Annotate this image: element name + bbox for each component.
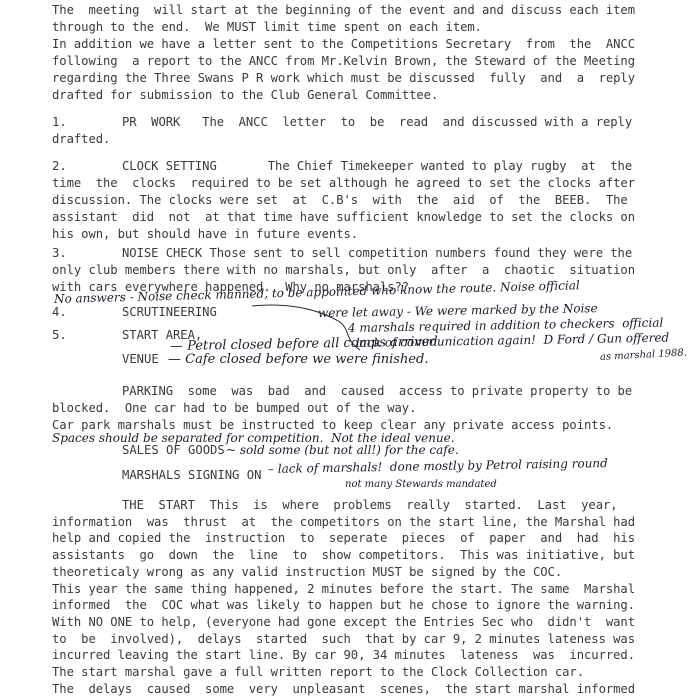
parking-line: PARKING some was bad and caused access t… — [122, 383, 614, 399]
the-start-line: With NO ONE to help, (everyone had gone … — [52, 614, 614, 630]
venue-label: VENUE — [122, 351, 159, 367]
item-number: 2. — [52, 158, 67, 174]
item-line: drafted. — [52, 131, 614, 147]
the-start-line: The start marshal gave a full written re… — [52, 664, 614, 680]
handwritten-note-text: sold some (but not all!) for the cafe. — [240, 443, 459, 457]
intro-line: following a report to the ANCC from Mr.K… — [52, 53, 614, 69]
the-start-line: assistants go down the line to show comp… — [52, 547, 614, 563]
intro-line: The meeting will start at the beginning … — [52, 2, 614, 18]
the-start-line: information was thrust at the competitor… — [52, 514, 614, 530]
intro-line: drafted for submission to the Club Gener… — [52, 87, 614, 103]
intro-line: through to the end. We MUST limit time s… — [52, 19, 614, 35]
item-number: 3. — [52, 245, 67, 261]
handwritten-note-noise: as marshal 1988. — [600, 346, 688, 364]
the-start-line: informed the COC what was likely to happ… — [52, 597, 614, 613]
intro-line: In addition we have a letter sent to the… — [52, 36, 614, 52]
item-heading-scrutineering: SCRUTINEERING — [122, 304, 614, 320]
intro-line: regarding the Three Swans P R work which… — [52, 70, 614, 86]
item-number: 4. — [52, 304, 67, 320]
item-line: discussion. The clocks were set at C.B's… — [52, 192, 614, 208]
handwritten-note-marshals: not many Stewards mandated — [345, 478, 497, 491]
handwritten-note-text: Petrol closed before all comps arrived — [187, 334, 438, 353]
the-start-line: The delays caused some very unpleasant s… — [52, 681, 614, 697]
the-start-line: incurred leaving the start line. By car … — [52, 647, 614, 663]
handwritten-note-text: Cafe closed before we were finished. — [185, 352, 428, 367]
the-start-line: to be involved), delays started such tha… — [52, 631, 614, 647]
sales-of-goods-label: SALES OF GOODS — [122, 442, 225, 458]
the-start-line: theoreticaly wrong as any valid instruct… — [52, 564, 614, 580]
item-number: 1. — [52, 114, 67, 130]
handwritten-note-sales: ~ sold some (but not all!) for the cafe. — [226, 444, 459, 457]
handwritten-note-venue: — Cafe closed before we were finished. — [168, 353, 428, 366]
the-start-line: THE START This is where problems really … — [122, 497, 614, 513]
handwritten-note-start-area: — Petrol closed before all comps arrived — [170, 335, 438, 353]
handwritten-note-text: lack of marshals! done mostly by Petrol … — [278, 456, 608, 476]
scanned-document-page: The meeting will start at the beginning … — [0, 0, 700, 700]
parking-line: blocked. One car had to be bumped out of… — [52, 400, 614, 416]
item-line: only club members there with no marshals… — [52, 262, 614, 278]
the-start-line: help and copied the instruction to seper… — [52, 530, 614, 546]
handwritten-note-marshals: – lack of marshals! done mostly by Petro… — [268, 457, 608, 476]
item-number: 5. — [52, 327, 67, 343]
the-start-line: This year the same thing happened, 2 min… — [52, 581, 614, 597]
marshals-signing-on-label: MARSHALS SIGNING ON — [122, 467, 261, 483]
item-line: time the clocks required to be set altho… — [52, 175, 614, 191]
item-heading-clock-setting: CLOCK SETTING The Chief Timekeeper wante… — [122, 158, 614, 174]
item-heading-noise-check: NOISE CHECK Those sent to sell competiti… — [122, 245, 614, 261]
item-heading-pr-work: PR WORK The ANCC letter to be read and d… — [122, 114, 614, 130]
item-line: assistant did not at that time have suff… — [52, 209, 614, 225]
item-line: his own, but should have in future event… — [52, 226, 614, 242]
